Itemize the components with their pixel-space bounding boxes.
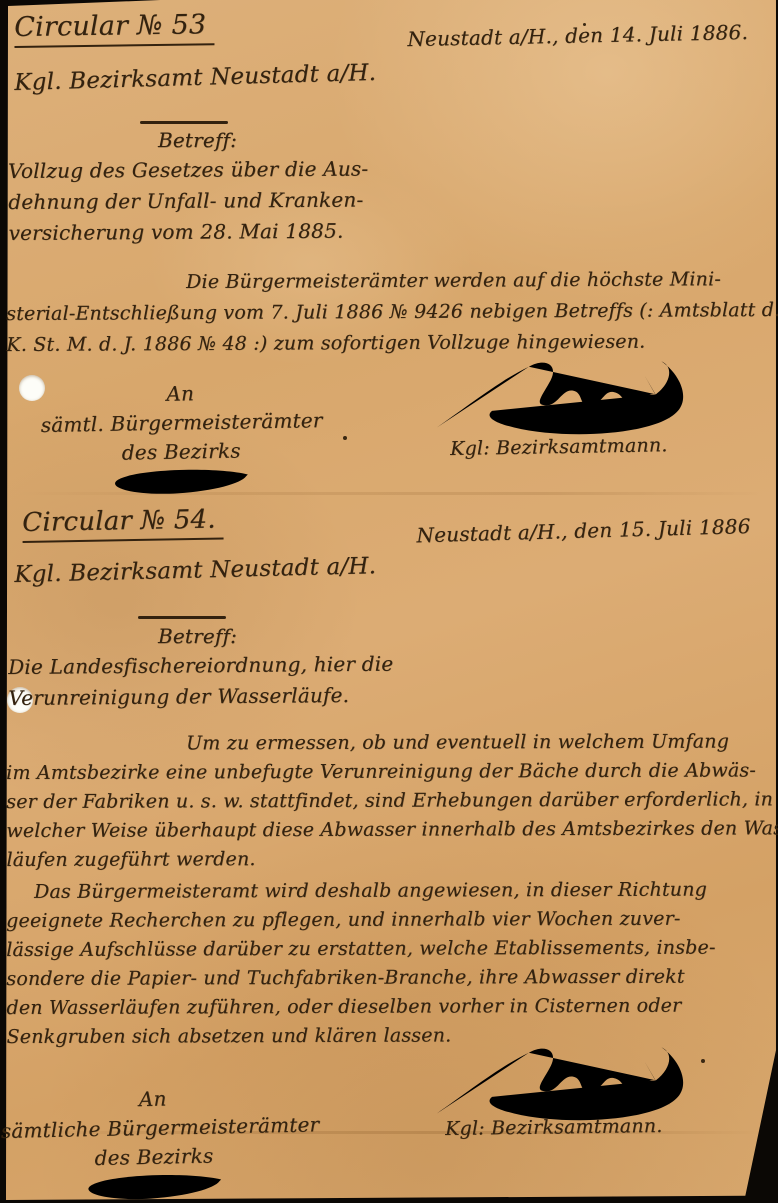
circular-54-heading: Circular № 54.: [22, 504, 224, 543]
circular-53-betreff: Vollzug des Gesetzes über die Aus- dehnu…: [8, 153, 369, 249]
circular-54-recipient: An sämtliche Bürgermeisterämter des Bezi…: [0, 1082, 307, 1203]
body-line: im Amtsbezirke eine unbefugte Verunreini…: [6, 756, 774, 788]
betreff-line: versicherung vom 28. Mai 1885.: [8, 215, 368, 249]
circular-53-body: Die Bürgermeisterämter werden auf die hö…: [6, 264, 774, 361]
circular-54-body-paragraph-1: Um zu ermessen, ob und eventuell in welc…: [6, 727, 775, 875]
circular-53-signature-title: Kgl: Bezirksamtmann.: [450, 434, 668, 460]
scanned-document-page: Circular № 53 Neustadt a/H., den 14. Jul…: [0, 0, 778, 1203]
flourish-underline-icon: [69, 1172, 240, 1203]
body-line: Das Bürgermeisteramt wird deshalb angewi…: [6, 875, 774, 907]
circular-53-recipient: An sämtl. Bürgermeisterämter des Bezirks: [40, 377, 322, 501]
body-line: sondere die Papier- und Tuchfabriken-Bra…: [6, 962, 774, 994]
body-line: den Wasserläufen zuführen, oder dieselbe…: [6, 991, 774, 1023]
recipient-line: sämtl. Bürgermeisterämter: [41, 406, 321, 440]
signature-icon: [420, 352, 715, 444]
betreff-line: dehnung der Unfall- und Kranken-: [8, 184, 368, 218]
body-line: geeignete Recherchen zu pflegen, und inn…: [6, 904, 774, 936]
betreff-line: Vollzug des Gesetzes über die Aus-: [8, 153, 368, 187]
body-line: Um zu ermessen, ob und eventuell in welc…: [6, 727, 774, 759]
betreff-line: Die Landesfischereiordnung, hier die: [8, 649, 393, 683]
body-line: welcher Weise überhaupt diese Abwasser i…: [6, 814, 774, 846]
body-line: läufen zugeführt werden.: [6, 843, 774, 875]
body-line: sterial-Entschließung vom 7. Juli 1886 №…: [6, 295, 774, 330]
circular-53-heading: Circular № 53: [14, 9, 215, 48]
circular-54-body-paragraph-2: Das Bürgermeisteramt wird deshalb angewi…: [6, 875, 775, 1052]
circular-54-heading-block: Circular № 54.: [22, 504, 224, 543]
separator-rule: [138, 616, 226, 619]
circular-54-betreff-label: Betreff:: [158, 624, 237, 648]
circular-53-betreff-label: Betreff:: [158, 128, 237, 152]
body-line: ser der Fabriken u. s. w. stattfindet, s…: [6, 785, 774, 817]
ink-speck: [343, 436, 347, 440]
body-line: lässige Aufschlüsse darüber zu erstatten…: [6, 933, 774, 965]
circular-54-betreff: Die Landesfischereiordnung, hier die Ver…: [8, 649, 394, 714]
flourish-underline-icon: [97, 467, 267, 500]
circular-54-signature-title: Kgl: Bezirksamtmann.: [445, 1115, 663, 1140]
separator-rule: [140, 121, 228, 124]
recipient-line: des Bezirks: [41, 435, 321, 469]
betreff-line: Verunreinigung der Wasserläufe.: [8, 680, 393, 714]
circular-53-heading-block: Circular № 53: [14, 9, 215, 48]
body-line: Die Bürgermeisterämter werden auf die hö…: [6, 264, 774, 299]
